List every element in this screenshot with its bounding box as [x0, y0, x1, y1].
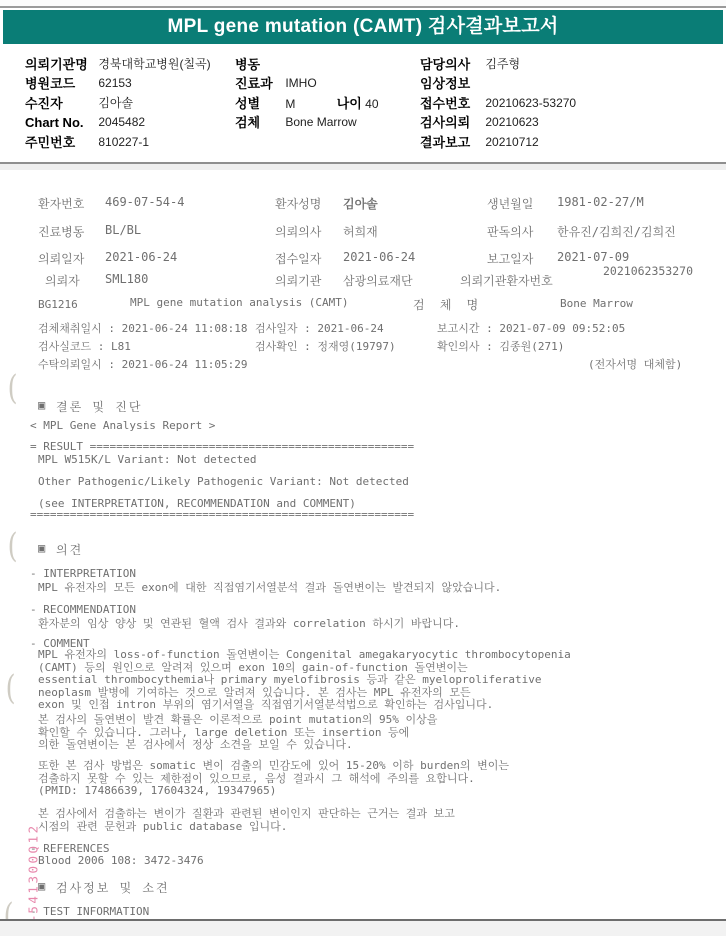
section-marker-icon: ▣	[38, 398, 45, 412]
field-reception-no: 접수번호 20210623-53270	[420, 94, 576, 113]
receipt-date-label: 접수일자	[275, 250, 321, 267]
analysis-report-header: < MPL Gene Analysis Report >	[30, 419, 215, 432]
result-open-rule: = RESULT ===============================…	[30, 440, 414, 453]
field-report-date: 결과보고 20210712	[420, 133, 576, 152]
field-sex-label: 성별	[235, 94, 282, 113]
field-age-label: 나이	[337, 96, 362, 111]
test-code: BG1216	[38, 298, 78, 311]
field-clinical-info-label: 임상정보	[420, 74, 482, 93]
scan-paren-artifact: (	[8, 368, 18, 408]
field-ward: 병동	[235, 55, 379, 74]
org-patient-no-label: 의뢰기관환자번호	[460, 272, 553, 289]
header-column-clinical: 병동 진료과 IMHO 성별 M 나이 40 검체 Bone Marrow	[235, 55, 379, 133]
scan-paren-artifact: (	[8, 526, 18, 566]
patient-no-value: 469-07-54-4	[105, 195, 184, 209]
patient-name-label: 환자성명	[275, 195, 321, 212]
field-resident-no: 주민번호 810227-1	[25, 133, 211, 152]
field-reception-no-value: 20210623-53270	[485, 96, 576, 110]
test-date: 검사일자 : 2021-06-24	[255, 320, 384, 336]
field-order-date: 검사의뢰 20210623	[420, 113, 576, 132]
patient-name-value: 김아솔	[343, 195, 378, 212]
references-text: Blood 2006 108: 3472-3476	[38, 854, 204, 867]
confirming-doctor: 확인의사 : 김종원(271)	[437, 338, 564, 354]
section-marker-icon: ▣	[38, 541, 45, 555]
birthdate-value: 1981-02-27/M	[557, 195, 644, 209]
patient-no-label: 환자번호	[38, 195, 84, 212]
referring-doctor-value: 허희재	[343, 223, 378, 240]
comment-paragraph-2: 본 검사의 돌연변이 발견 확률은 이론적으로 point mutation의 …	[38, 714, 638, 752]
field-institution: 의뢰기관명 경북대학교병원(칠곡)	[25, 55, 211, 74]
comment-paragraph-1: MPL 유전자의 loss-of-function 돌연변이는 Congenit…	[38, 649, 638, 712]
collection-datetime: 검체채취일시 : 2021-06-24 11:08:18	[38, 320, 247, 336]
field-hospital-code-value: 62153	[98, 76, 131, 90]
report-time: 보고시간 : 2021-07-09 09:52:05	[437, 320, 625, 336]
field-resident-no-label: 주민번호	[25, 133, 95, 152]
test-information-label: - TEST INFORMATION	[30, 905, 149, 918]
field-hospital-code-label: 병원코드	[25, 74, 95, 93]
request-org-value: 삼광의료재단	[343, 272, 413, 289]
interpretation-text: MPL 유전자의 모든 exon에 대한 직접염기서열분석 결과 돌연변이는 발…	[38, 579, 501, 595]
field-chart-no-value: 2045482	[98, 115, 145, 129]
header-column-institution: 의뢰기관명 경북대학교병원(칠곡) 병원코드 62153 수진자 김아솔 Cha…	[25, 55, 211, 152]
field-report-date-label: 결과보고	[420, 133, 482, 152]
field-order-date-value: 20210623	[485, 115, 538, 129]
test-name: MPL gene mutation analysis (CAMT)	[130, 296, 349, 309]
specimen-sidecode-stamp: +541300Q12	[26, 818, 41, 930]
page-top-edge	[0, 0, 726, 8]
field-resident-no-value: 810227-1	[98, 135, 149, 149]
field-chart-no-label: Chart No.	[25, 113, 95, 132]
field-department-label: 진료과	[235, 74, 282, 93]
field-examinee-value: 김아솔	[98, 96, 133, 110]
report-date-label: 보고일자	[487, 250, 533, 267]
specimen-name-label: 검 체 명	[413, 296, 482, 313]
receipt-date-value: 2021-06-24	[343, 250, 415, 264]
page-bottom-shade	[0, 921, 726, 936]
header-column-reception: 담당의사 김주형 임상정보 접수번호 20210623-53270 검사의뢰 2…	[420, 55, 576, 152]
test-info-section-title: 검사정보 및 소견	[56, 879, 170, 896]
referring-doctor-label: 의뢰의사	[275, 223, 321, 240]
field-specimen: 검체 Bone Marrow	[235, 113, 379, 132]
field-specimen-value: Bone Marrow	[285, 115, 356, 129]
result-close-rule: ========================================…	[30, 508, 414, 521]
comment-paragraph-3: 또한 본 검사 방법은 somatic 변이 검출의 민감도에 있어 15-20…	[38, 760, 658, 798]
birthdate-label: 생년월일	[487, 195, 533, 212]
lab-code: 검사실코드 : L81	[38, 338, 131, 354]
conclusion-section-title: 결론 및 진단	[56, 398, 142, 415]
specimen-name-value: Bone Marrow	[560, 297, 633, 310]
result-w515-line: MPL W515K/L Variant: Not detected	[38, 453, 257, 466]
field-examinee: 수진자 김아솔	[25, 94, 211, 113]
result-other-line: Other Pathogenic/Likely Pathogenic Varia…	[38, 475, 409, 488]
request-date-value: 2021-06-24	[105, 250, 177, 264]
lab-report-page: MPL gene mutation (CAMT) 검사결과보고서 의뢰기관명 경…	[0, 0, 726, 936]
consign-datetime: 수탁의뢰일시 : 2021-06-24 11:05:29	[38, 356, 247, 372]
header-divider-shade	[0, 164, 726, 170]
org-patient-no-value: 2021062353270	[603, 265, 715, 278]
request-org-label: 의뢰기관	[275, 272, 321, 289]
field-department-value: IMHO	[285, 76, 316, 90]
request-date-label: 의뢰일자	[38, 250, 84, 267]
ward-value: BL/BL	[105, 223, 141, 237]
field-institution-label: 의뢰기관명	[25, 55, 95, 74]
opinion-section-title: 의견	[56, 541, 83, 558]
requester-value: SML180	[105, 272, 148, 286]
field-ward-label: 병동	[235, 55, 282, 74]
field-specimen-label: 검체	[235, 113, 282, 132]
requester-label: 의뢰자	[45, 272, 80, 289]
report-title: MPL gene mutation (CAMT) 검사결과보고서	[167, 16, 558, 37]
field-order-date-label: 검사의뢰	[420, 113, 482, 132]
field-doctor-value: 김주형	[485, 57, 520, 71]
field-department: 진료과 IMHO	[235, 74, 379, 93]
field-report-date-value: 20210712	[485, 135, 538, 149]
field-clinical-info: 임상정보	[420, 74, 576, 93]
ward-label: 진료병동	[38, 223, 84, 240]
field-institution-value: 경북대학교병원(칠곡)	[98, 57, 210, 71]
scan-paren-artifact: (	[6, 668, 16, 708]
field-doctor-label: 담당의사	[420, 55, 482, 74]
reading-doctor-label: 판독의사	[487, 223, 533, 240]
field-sex-value: M	[285, 95, 333, 114]
test-confirmer: 검사확인 : 정재영(19797)	[255, 338, 396, 354]
field-hospital-code: 병원코드 62153	[25, 74, 211, 93]
esign-note: (전자서명 대체함)	[588, 356, 682, 372]
reading-doctor-value: 한유진/김희진/김희진	[557, 223, 676, 240]
field-examinee-label: 수진자	[25, 94, 95, 113]
comment-paragraph-4: 본 검사에서 검출하는 변이가 질환과 관련된 변이인지 판단하는 근거는 결과…	[38, 808, 638, 833]
field-age-value: 40	[365, 97, 378, 111]
field-doctor: 담당의사 김주형	[420, 55, 576, 74]
report-date-value: 2021-07-09	[557, 250, 629, 264]
field-sex-age: 성별 M 나이 40	[235, 94, 379, 113]
report-title-banner: MPL gene mutation (CAMT) 검사결과보고서	[3, 10, 723, 44]
recommendation-text: 환자분의 임상 양상 및 연관된 혈액 검사 결과와 correlation 하…	[38, 615, 460, 631]
field-reception-no-label: 접수번호	[420, 94, 482, 113]
field-chart-no: Chart No. 2045482	[25, 113, 211, 132]
